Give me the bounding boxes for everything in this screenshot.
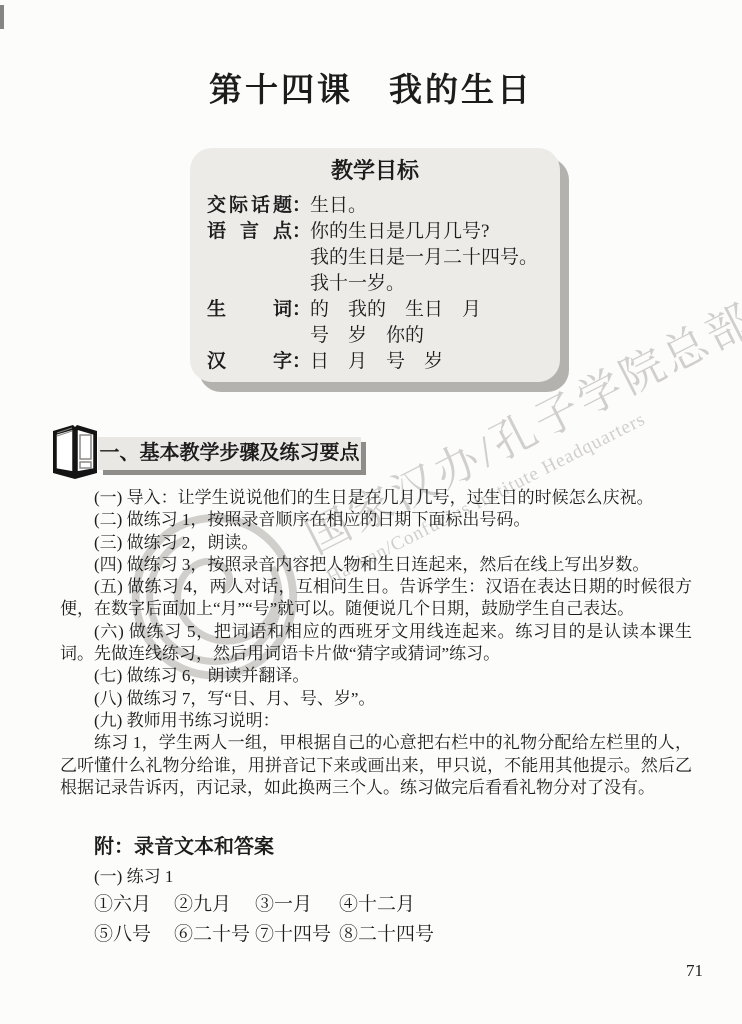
answer-cell: ②九月 xyxy=(174,893,255,917)
step-item: (五) 做练习 4，两人对话，互相问生日。告诉学生：汉语在表达日期的时候很方便，… xyxy=(60,576,692,621)
section-title: 一、基本教学步骤及练习要点 xyxy=(100,442,360,464)
answer-cell: ⑧二十四号 xyxy=(339,923,514,947)
appendix: 附：录音文本和答案 (一) 练习 1 ①六月 ②九月 ③一月 ④十二月 ⑤八号 … xyxy=(94,835,514,947)
objective-label: 生词 xyxy=(207,297,292,349)
step-item: (六) 做练习 5，把词语和相应的西班牙文用线连起来。练习目的是认读本课生词。先… xyxy=(60,621,692,666)
answer-cell: ①六月 xyxy=(94,893,174,917)
answer-cell: ④十二月 xyxy=(339,893,514,917)
objective-row-topic: 交际话题： 生日。 xyxy=(190,193,560,219)
objective-colon: ： xyxy=(292,349,308,375)
step-item: (一) 导入：让学生说说他们的生日是在几月几号，过生日的时候怎么庆祝。 xyxy=(60,487,692,509)
objective-value-line: 生日。 xyxy=(310,193,560,219)
objective-value-line: 你的生日是几月几号? xyxy=(310,219,560,245)
objective-row-language-points: 语言点： 你的生日是几月几号? 我的生日是一月二十四号。 我十一岁。 xyxy=(190,219,560,297)
content-layer: 第十四课 我的生日 教学目标 交际话题： 生日。 语言点： 你的生日是几月几号?… xyxy=(0,0,742,1024)
answer-cell: ③一月 xyxy=(255,893,339,917)
objective-colon: ： xyxy=(292,193,308,219)
objective-label: 交际话题 xyxy=(207,193,292,219)
step-item: (七) 做练习 6，朗读并翻译。 xyxy=(60,665,692,687)
step-item: (二) 做练习 1，按照录音顺序在相应的日期下面标出号码。 xyxy=(60,509,692,531)
objective-colon: ： xyxy=(292,297,308,349)
objective-colon: ： xyxy=(292,219,308,297)
answer-cell: ⑤八号 xyxy=(94,923,174,947)
step-item: (四) 做练习 3，按照录音内容把人物和生日连起来，然后在线上写出岁数。 xyxy=(60,554,692,576)
answer-cell: ⑦十四号 xyxy=(255,923,339,947)
objective-row-characters: 汉字： 日 月 号 岁 xyxy=(190,349,560,375)
objective-value-line: 的 我的 生日 月 xyxy=(310,297,560,323)
objectives-box: 教学目标 交际话题： 生日。 语言点： 你的生日是几月几号? 我的生日是一月二十… xyxy=(190,148,560,382)
appendix-title: 附：录音文本和答案 xyxy=(94,835,514,859)
scan-artifact xyxy=(0,5,4,29)
objective-value-line: 号 岁 你的 xyxy=(310,323,560,349)
steps-list: (一) 导入：让学生说说他们的生日是在几月几号，过生日的时候怎么庆祝。 (二) … xyxy=(60,487,692,799)
step-item: (三) 做练习 2，朗读。 xyxy=(60,532,692,554)
textbook-page: 国家汉办/孔子学院总部 Hanban/Confucius Institute H… xyxy=(0,0,742,1024)
step-item: 练习 1，学生两人一组，甲根据自己的心意把右栏中的礼物分配给左栏里的人，乙听懂什… xyxy=(60,732,692,799)
objective-label: 汉字 xyxy=(207,349,292,375)
page-title: 第十四课 我的生日 xyxy=(0,64,742,111)
objective-value-line: 我的生日是一月二十四号。 xyxy=(310,245,560,271)
objective-value-line: 日 月 号 岁 xyxy=(310,349,560,375)
book-icon xyxy=(49,423,101,484)
objective-label: 语言点 xyxy=(207,219,292,297)
answers-grid: ①六月 ②九月 ③一月 ④十二月 ⑤八号 ⑥二十号 ⑦十四号 ⑧二十四号 xyxy=(94,893,514,947)
step-item: (八) 做练习 7，写“日、月、号、岁”。 xyxy=(60,688,692,710)
answer-cell: ⑥二十号 xyxy=(174,923,255,947)
section-header-banner: 一、基本教学步骤及练习要点 xyxy=(98,437,361,470)
objective-value-line: 我十一岁。 xyxy=(310,271,560,297)
objective-row-new-words: 生词： 的 我的 生日 月 号 岁 你的 xyxy=(190,297,560,349)
objectives-box-title: 教学目标 xyxy=(190,158,560,184)
appendix-subtitle: (一) 练习 1 xyxy=(94,866,514,888)
page-number: 71 xyxy=(686,961,703,981)
step-item: (九) 教师用书练习说明： xyxy=(60,710,692,732)
